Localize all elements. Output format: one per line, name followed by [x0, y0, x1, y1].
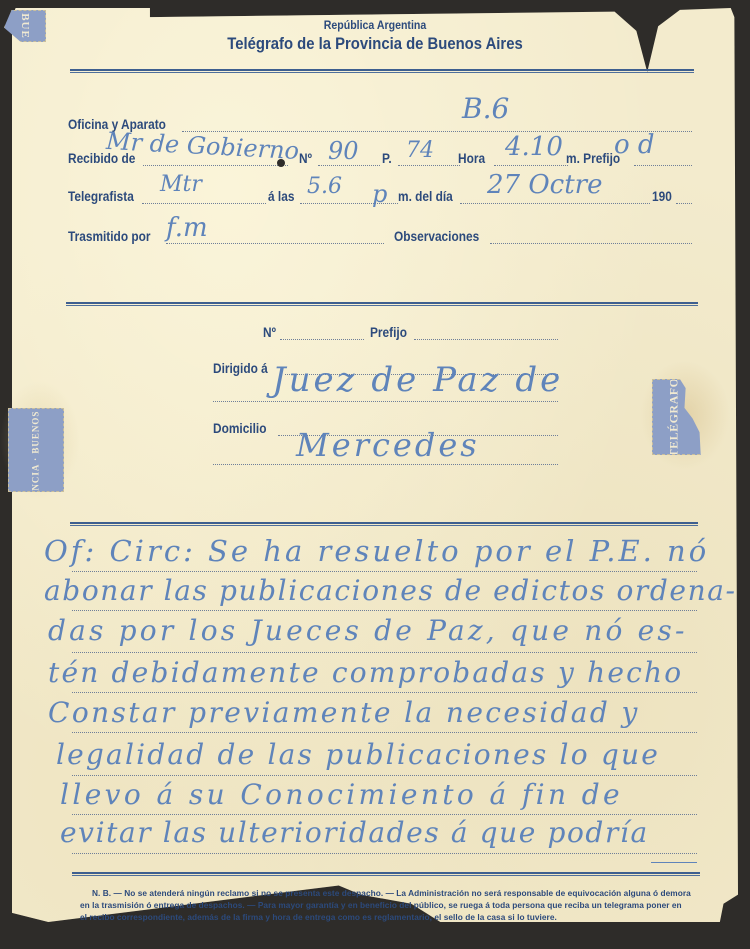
- message-line: evitar las ulterioridades á que podría: [60, 816, 649, 849]
- observaciones-label: Observaciones: [394, 229, 479, 244]
- a-las-label: á las: [268, 189, 294, 204]
- prefijo-value: o d: [614, 130, 655, 160]
- message-line-rule: [72, 814, 697, 815]
- footer-line: N. B. — No se atenderá ningún reclamo si…: [80, 887, 690, 899]
- message-line: Constar previamente la necesidad y: [48, 696, 640, 729]
- domicilio-label: Domicilio: [213, 421, 266, 436]
- telegrafista-label: Telegrafista: [68, 189, 134, 204]
- hora-field-line: [494, 165, 568, 166]
- observaciones-field-line: [490, 243, 692, 244]
- address-prefijo-field-line: [414, 339, 558, 340]
- dirigido-field-line-2: [213, 401, 558, 402]
- recibido-field-line: [143, 165, 288, 166]
- m-del-dia-label: m. del día: [398, 189, 453, 204]
- trasmitido-field-line: [166, 243, 384, 244]
- address-numero-label: Nº: [263, 325, 276, 340]
- hora-value: 4.10: [505, 132, 563, 162]
- a-las-value: 5.6: [307, 174, 342, 199]
- year-label: 190: [652, 189, 672, 204]
- footer-line: en la trasmisión ó entrega de despachos.…: [80, 899, 690, 911]
- section-rule: [66, 302, 698, 306]
- message-rule: [70, 522, 698, 526]
- message-line: tén debidamente comprobadas y hecho: [48, 656, 683, 689]
- prefijo-field-line: [634, 165, 692, 166]
- footer-line: el recibo correspondiente, además de la …: [80, 911, 690, 923]
- header-subtitle: República Argentina: [30, 20, 720, 32]
- continuation-mark: [651, 862, 697, 864]
- message-line: Of: Circ: Se ha resuelto por el P.E. nó: [44, 534, 709, 568]
- numero-label: Nº: [299, 151, 312, 166]
- telegrafista-value: Mtr: [160, 172, 202, 197]
- hora-label: Hora: [458, 151, 485, 166]
- message-line-rule: [72, 732, 697, 733]
- message-line-rule: [72, 853, 697, 854]
- dia-value: 27 Octre: [487, 170, 603, 200]
- p-value: 74: [406, 138, 434, 163]
- m-prefijo-label: m. Prefijo: [566, 151, 620, 166]
- telegrafista-field-line: [142, 203, 266, 204]
- dirigido-value: Juez de Paz de: [272, 360, 563, 400]
- p-field-line: [398, 165, 460, 166]
- header-title: Telégrafo de la Provincia de Buenos Aire…: [38, 35, 713, 54]
- oficina-value: B.6: [462, 92, 509, 125]
- footer-notice: N. B. — No se atenderá ningún reclamo si…: [80, 887, 690, 923]
- postage-stamp-left: PROVINCIA · BUENOS AIRES: [8, 408, 64, 492]
- message-line: legalidad de las publicaciones lo que: [56, 738, 660, 771]
- dirigido-label: Dirigido á: [213, 361, 268, 376]
- message-line-rule: [72, 775, 697, 776]
- numero-field-line: [318, 165, 380, 166]
- footer-rule: [72, 872, 700, 876]
- numero-value: 90: [328, 137, 359, 165]
- domicilio-value: Mercedes: [296, 426, 480, 464]
- domicilio-field-line-2: [213, 464, 558, 465]
- trasmitido-value: f.m: [166, 213, 208, 243]
- message-line-rule: [72, 652, 697, 653]
- m-value: p: [372, 180, 387, 208]
- trasmitido-label: Trasmitido por: [68, 229, 151, 244]
- postage-stamp-top-left: BUE: [4, 10, 46, 42]
- message-line: das por los Jueces de Paz, que nó es-: [48, 614, 688, 647]
- year-field-line: [676, 203, 692, 204]
- punch-hole: [277, 159, 285, 167]
- message-line-rule: [72, 610, 697, 611]
- message-line: abonar las publicaciones de edictos orde…: [44, 574, 737, 607]
- address-prefijo-label: Prefijo: [370, 325, 407, 340]
- address-numero-field-line: [280, 339, 364, 340]
- header-rule: [70, 69, 694, 73]
- p-label: P.: [382, 151, 392, 166]
- message-line: llevo á su Conocimiento á fin de: [60, 778, 623, 811]
- message-line-rule: [72, 692, 697, 693]
- message-line-rule: [72, 571, 697, 572]
- dia-field-line: [460, 203, 650, 204]
